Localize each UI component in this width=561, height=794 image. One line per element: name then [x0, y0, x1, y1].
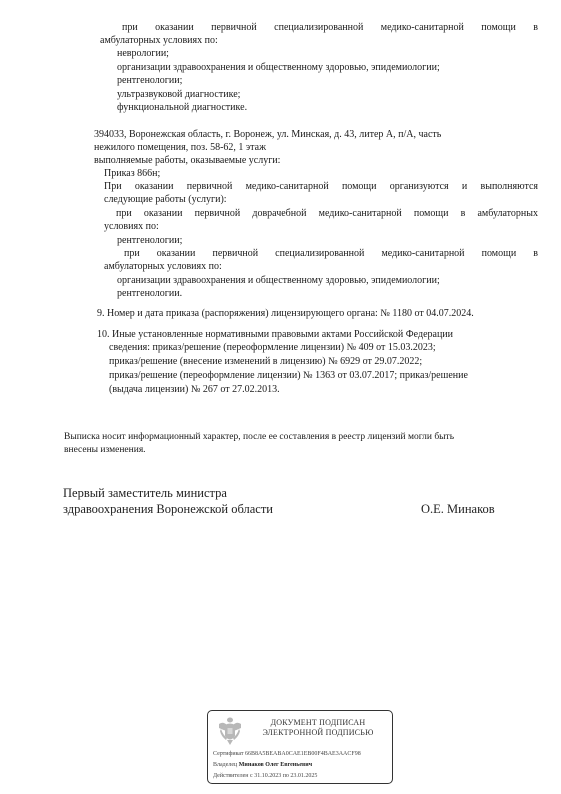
- works-label: выполняемые работы, оказываемые услуги:: [94, 155, 280, 167]
- block1-heading-line1: при оказании первичной специализированно…: [100, 22, 538, 34]
- electronic-signature-stamp: ДОКУМЕНТ ПОДПИСАН ЭЛЕКТРОННОЙ ПОДПИСЬЮ С…: [207, 710, 393, 784]
- coat-of-arms-icon: [217, 716, 243, 746]
- owner-label: Владелец: [213, 762, 237, 768]
- signer-position-line1: Первый заместитель министра: [63, 486, 227, 501]
- stamp-title-line2: ЭЛЕКТРОННОЙ ПОДПИСЬЮ: [253, 728, 383, 738]
- list-item: рентгенологии.: [117, 288, 182, 300]
- specialized-line2: амбулаторных условиях по:: [104, 261, 222, 273]
- stamp-title: ДОКУМЕНТ ПОДПИСАН ЭЛЕКТРОННОЙ ПОДПИСЬЮ: [253, 718, 383, 738]
- list-item: рентгенологии;: [117, 235, 182, 247]
- validity-label: Действителен: [213, 773, 249, 779]
- validity-value: с 31.10.2023 по 23.01.2025: [250, 773, 317, 779]
- stamp-owner: Владелец Минаков Олег Евгеньевич: [213, 761, 312, 769]
- section10-line3: приказ/решение (внесение изменений в лиц…: [109, 356, 422, 368]
- section10-line2: сведения: приказ/решение (переоформление…: [109, 342, 436, 354]
- list-item: ультразвуковой диагностике;: [117, 89, 240, 101]
- intro-line1: При оказании первичной медико-санитарной…: [104, 181, 538, 193]
- stamp-certificate: Сертификат 66B8A5BEABA0CAE1EB00F4BAE3AAC…: [213, 750, 361, 758]
- signer-position-line2: здравоохранения Воронежской области: [63, 502, 273, 517]
- predoctor-line1: при оказании первичной доврачебной медик…: [104, 208, 538, 220]
- section10-line5: (выдача лицензии) № 267 от 27.02.2013.: [109, 384, 280, 396]
- disclaimer-line2: внесены изменения.: [64, 444, 146, 456]
- list-item: функциональной диагностике.: [117, 102, 247, 114]
- certificate-value: 66B8A5BEABA0CAE1EB00F4BAE3AACF98: [245, 751, 361, 757]
- stamp-validity: Действителен с 31.10.2023 по 23.01.2025: [213, 772, 317, 780]
- section10-line1: 10. Иные установленные нормативными прав…: [97, 329, 453, 341]
- owner-value: Минаков Олег Евгеньевич: [239, 762, 312, 768]
- order-reference: Приказ 866н;: [104, 168, 160, 180]
- certificate-label: Сертификат: [213, 751, 244, 757]
- disclaimer-line1: Выписка носит информационный характер, п…: [64, 431, 454, 443]
- address-line1: 394033, Воронежская область, г. Воронеж,…: [94, 129, 441, 141]
- list-item: рентгенологии;: [117, 75, 182, 87]
- list-item: неврологии;: [117, 48, 169, 60]
- predoctor-line2: условиях по:: [104, 221, 159, 233]
- stamp-title-line1: ДОКУМЕНТ ПОДПИСАН: [253, 718, 383, 728]
- specialized-line1: при оказании первичной специализированно…: [104, 248, 538, 260]
- signer-name: О.Е. Минаков: [421, 502, 495, 517]
- list-item: организации здравоохранения и общественн…: [117, 62, 440, 74]
- section-9-order-number: 9. Номер и дата приказа (распоряжения) л…: [97, 308, 474, 320]
- list-item: организации здравоохранения и общественн…: [117, 275, 440, 287]
- block1-heading-line2: амбулаторных условиях по:: [100, 35, 218, 47]
- address-line2: нежилого помещения, поз. 58-62, 1 этаж: [94, 142, 266, 154]
- intro-line2: следующие работы (услуги):: [104, 194, 227, 206]
- section10-line4: приказ/решение (переоформление лицензии)…: [109, 370, 468, 382]
